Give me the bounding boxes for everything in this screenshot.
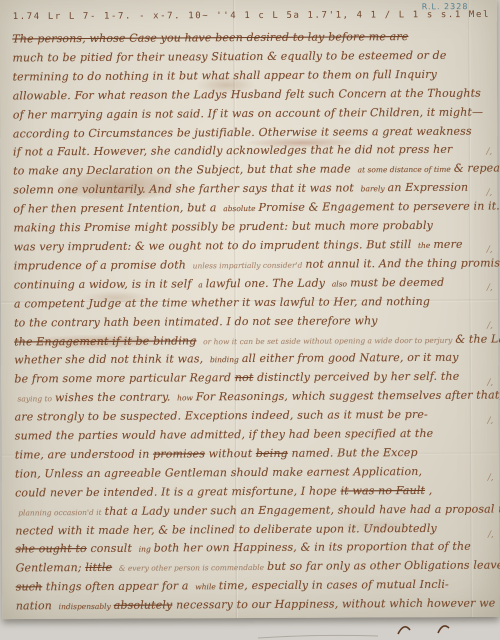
line-text: Promise & Engagement to persevere in it.: [258, 200, 499, 214]
line-text: termining to do nothing in it but what s…: [13, 68, 437, 84]
interlinear-insertion: or how it can be set aside without openi…: [203, 335, 452, 346]
line-text: are strongly to be suspected. Exceptions…: [15, 408, 428, 424]
manuscript-line: planning occasion'd itthat a Lady under …: [15, 500, 495, 522]
struck-text: not: [235, 371, 254, 384]
line-text: Gentleman;: [16, 561, 82, 574]
line-text: consult: [90, 542, 132, 555]
line-text: time, are understood in: [15, 448, 150, 462]
struck-text: the Engagement if it be binding: [14, 334, 196, 348]
line-text: nected with it made her, & be inclined t…: [15, 521, 437, 537]
margin-mark: /,: [488, 530, 494, 540]
line-text: ,: [429, 484, 433, 497]
line-text: much to be pitied for their uneasy Situa…: [12, 49, 446, 65]
interlinear-insertion: barely: [361, 184, 385, 193]
line-text: allowable. For what reason the Ladys Hus…: [13, 86, 481, 102]
margin-mark: /,: [487, 321, 493, 331]
line-text: all either from good Nature, or it may: [242, 351, 459, 365]
line-text: imprudence of a promise doth: [14, 258, 186, 272]
interlinear-insertion: planning occasion'd it: [18, 508, 101, 518]
margin-mark: /,: [486, 147, 492, 157]
manuscript-line: allowable. For what reason the Ladys Hus…: [13, 84, 493, 106]
interlinear-insertion: & every other person is commendable: [119, 563, 264, 573]
line-text: mere: [433, 238, 462, 251]
line-text: of her then present Intention, but a: [13, 201, 216, 215]
line-text: lawful one. The Lady: [206, 276, 325, 290]
line-text: solemn one voluntarily. And she farther …: [13, 182, 354, 197]
interlinear-insertion: binding: [210, 355, 239, 364]
struck-text: being: [256, 447, 288, 460]
interlinear-insertion: also: [332, 279, 347, 288]
line-text: to make any Declaration on the Subject, …: [13, 163, 351, 178]
struck-text: little: [85, 561, 112, 574]
interlinear-insertion: while: [195, 583, 216, 592]
line-text: sumed the parties would have admitted, i…: [15, 427, 434, 443]
line-text: be from some more particular Regard: [14, 371, 231, 385]
struck-text: she ought to: [15, 542, 86, 555]
line-text: but so far only as other Obligations lea…: [267, 558, 500, 573]
struck-text: The persons, whose Case you have been de…: [12, 30, 408, 45]
line-text: according to Circumstances be justifiabl…: [13, 124, 472, 140]
line-text: a competent Judge at the time whether it…: [14, 295, 430, 311]
line-text: named. But the Excep: [291, 446, 417, 460]
line-text: of her marrying again is not said. If it…: [13, 105, 483, 121]
margin-mark: /,: [487, 245, 493, 255]
line-text: For Reasonings, which suggest themselves…: [196, 389, 500, 404]
line-text: things often appear for a: [46, 580, 189, 594]
manuscript-photo: R.L. 2328 1.74 Lr L 7- 1-7. - x-7. 10~ '…: [0, 0, 500, 640]
interlinear-insertion: how: [177, 394, 193, 403]
margin-mark: /,: [487, 416, 493, 426]
line-text: time, especially in cases of mutual Incl…: [219, 578, 449, 592]
margin-mark: /,: [486, 188, 492, 198]
line-text: tion, Unless an agreeable Gentleman shou…: [15, 465, 422, 480]
line-text: an Expression: [388, 181, 469, 194]
line-text: wishes the contrary.: [55, 391, 171, 405]
line-text: to the contrary hath been intimated. I d…: [14, 314, 378, 329]
struck-text: such: [16, 581, 43, 594]
interlinear-insertion: a: [198, 280, 203, 289]
line-text: could never be intended. It is a great m…: [15, 484, 337, 499]
line-text: continuing a widow, is in it self: [14, 277, 192, 291]
margin-mark: /,: [487, 283, 493, 293]
interlinear-insertion: saying to: [18, 394, 53, 403]
interlinear-insertion: the: [418, 241, 430, 250]
cut-off-pen-strokes: [0, 608, 500, 640]
line-text: not annul it. And the thing promised,: [305, 256, 500, 270]
interlinear-insertion: ing: [139, 545, 151, 554]
line-text: must be deemed: [350, 276, 444, 290]
line-text: if not a Fault. However, she candidly ac…: [13, 143, 452, 159]
line-text: whether she did not think it was,: [14, 353, 203, 367]
line-text: without: [209, 447, 253, 460]
manuscript-line: continuing a widow, is in it self alawfu…: [14, 273, 494, 295]
margin-mark: /,: [488, 473, 494, 483]
struck-text: promises: [153, 447, 205, 460]
manuscript-line: could never be intended. It is a great m…: [15, 481, 495, 503]
shorthand-notation-line: 1.74 Lr L 7- 1-7. - x-7. 10~ ''4 1 c L 5…: [13, 10, 491, 22]
manuscript-line: sumed the parties would have admitted, i…: [15, 425, 495, 447]
manuscript-line: termining to do nothing in it but what s…: [13, 65, 493, 87]
line-text: & repeated a most: [454, 161, 500, 175]
manuscript-line: a competent Judge at the time whether it…: [14, 292, 494, 314]
struck-text: it was no Fault: [341, 484, 426, 498]
manuscript-page: R.L. 2328 1.74 Lr L 7- 1-7. - x-7. 10~ '…: [0, 0, 499, 619]
line-text: distinctly perceived by her self. the: [257, 370, 459, 384]
line-text: & the Lady would do well to consider: [455, 331, 500, 345]
manuscript-line: of her marrying again is not said. If it…: [13, 103, 493, 125]
margin-mark: /,: [487, 378, 493, 388]
interlinear-insertion: absolute: [223, 204, 255, 213]
line-text: was very imprudent: & we ought not to do…: [14, 238, 412, 253]
line-text: making this Promise might possibly be pr…: [13, 219, 433, 235]
interlinear-insertion: unless impartially consider'd: [193, 261, 303, 271]
line-text: both her own Happiness, & in its proport…: [154, 540, 471, 555]
manuscript-text: The persons, whose Case you have been de…: [12, 28, 496, 617]
interlinear-insertion: at some distance of time: [358, 165, 451, 175]
line-text: that a Lady under such an Engagement, sh…: [105, 502, 500, 518]
